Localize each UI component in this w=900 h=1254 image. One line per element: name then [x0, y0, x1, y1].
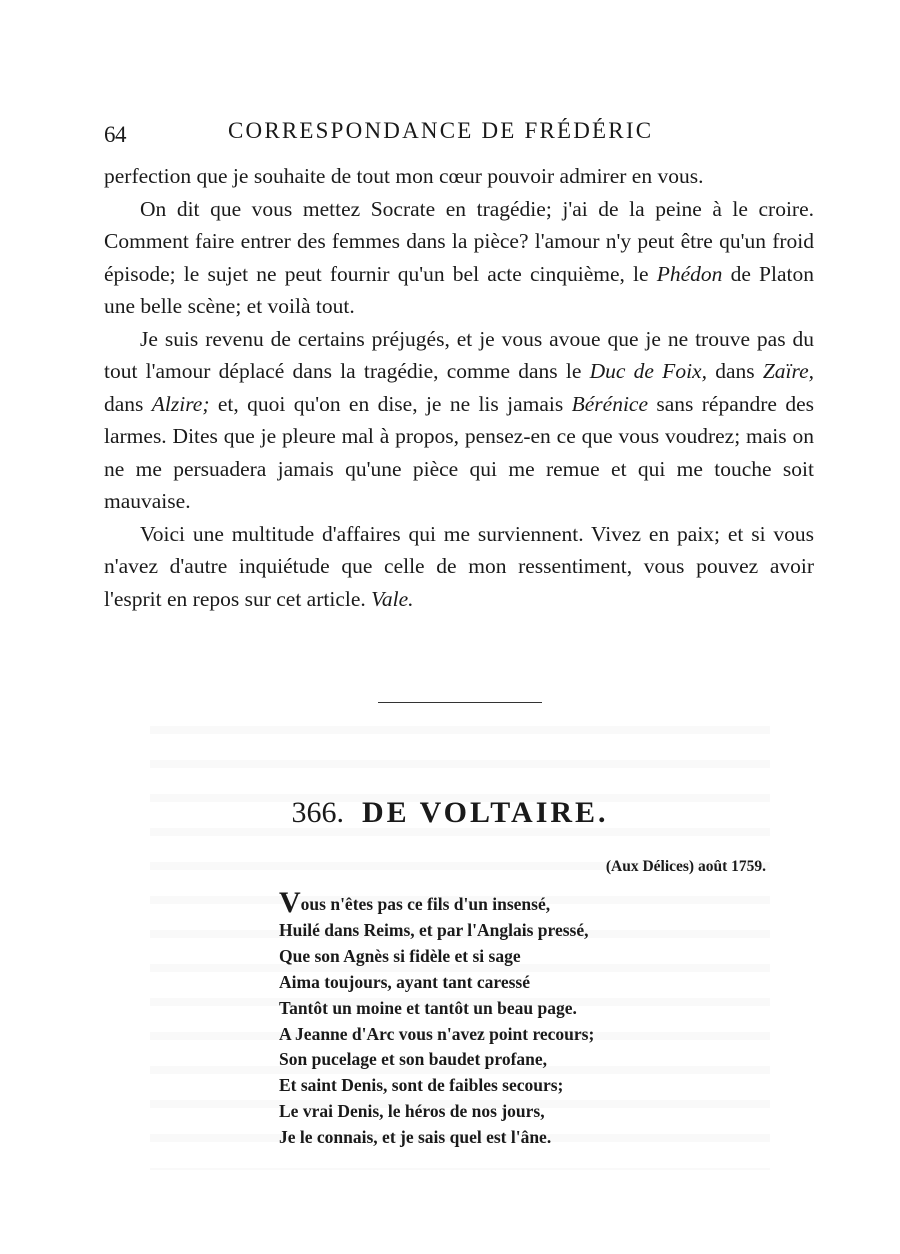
poem-line: Son pucelage et son baudet profane,	[279, 1047, 699, 1073]
italic-title: Bérénice	[572, 392, 648, 416]
poem-line: Et saint Denis, sont de faibles secours;	[279, 1073, 699, 1099]
poem-line-text: ous n'êtes pas ce fils d'un insensé,	[301, 894, 550, 914]
poem-line: Le vrai Denis, le héros de nos jours,	[279, 1099, 699, 1125]
paragraph: perfection que je souhaite de tout mon c…	[104, 160, 814, 193]
running-head: 64 CORRESPONDANCE DE FRÉDÉRIC	[104, 116, 814, 150]
letter-heading: 366.DE VOLTAIRE.	[0, 796, 900, 830]
paragraph-text: dans	[104, 392, 152, 416]
italic-title: Phédon	[657, 262, 723, 286]
book-page: 64 CORRESPONDANCE DE FRÉDÉRIC perfection…	[0, 0, 900, 1254]
letter-title: DE VOLTAIRE.	[362, 796, 609, 829]
poem-line: Vous n'êtes pas ce fils d'un insensé,	[279, 892, 699, 918]
poem-line: Huilé dans Reims, et par l'Anglais press…	[279, 918, 699, 944]
poem: Vous n'êtes pas ce fils d'un insensé, Hu…	[279, 892, 699, 1151]
drop-cap: V	[279, 886, 301, 919]
italic-title: Vale.	[371, 587, 413, 611]
paragraph-text: Voici une multitude d'affaires qui me su…	[104, 522, 814, 611]
poem-line: Aima toujours, ayant tant caressé	[279, 970, 699, 996]
page-number: 64	[104, 122, 126, 148]
poem-line: Je le connais, et je sais quel est l'âne…	[279, 1125, 699, 1151]
paragraph: Voici une multitude d'affaires qui me su…	[104, 518, 814, 616]
poem-line: Tantôt un moine et tantôt un beau page.	[279, 996, 699, 1022]
paragraph-text: et, quoi qu'on en dise, je ne lis jamais	[210, 392, 572, 416]
section-divider-rule	[378, 702, 542, 703]
paragraph-text: dans	[707, 359, 763, 383]
letter-dateline: (Aux Délices) août 1759.	[606, 858, 766, 876]
letter-number: 366.	[291, 796, 344, 829]
paragraph: Je suis revenu de certains préjugés, et …	[104, 323, 814, 518]
italic-title: Duc de Foix,	[590, 359, 707, 383]
running-title: CORRESPONDANCE DE FRÉDÉRIC	[228, 118, 653, 144]
poem-line: Que son Agnès si fidèle et si sage	[279, 944, 699, 970]
poem-line: A Jeanne d'Arc vous n'avez point recours…	[279, 1022, 699, 1048]
paragraph: On dit que vous mettez Socrate en tragéd…	[104, 193, 814, 323]
letter-body-text: perfection que je souhaite de tout mon c…	[104, 160, 814, 615]
italic-title: Alzire;	[152, 392, 210, 416]
paragraph-text: perfection que je souhaite de tout mon c…	[104, 164, 703, 188]
italic-title: Zaïre,	[763, 359, 814, 383]
